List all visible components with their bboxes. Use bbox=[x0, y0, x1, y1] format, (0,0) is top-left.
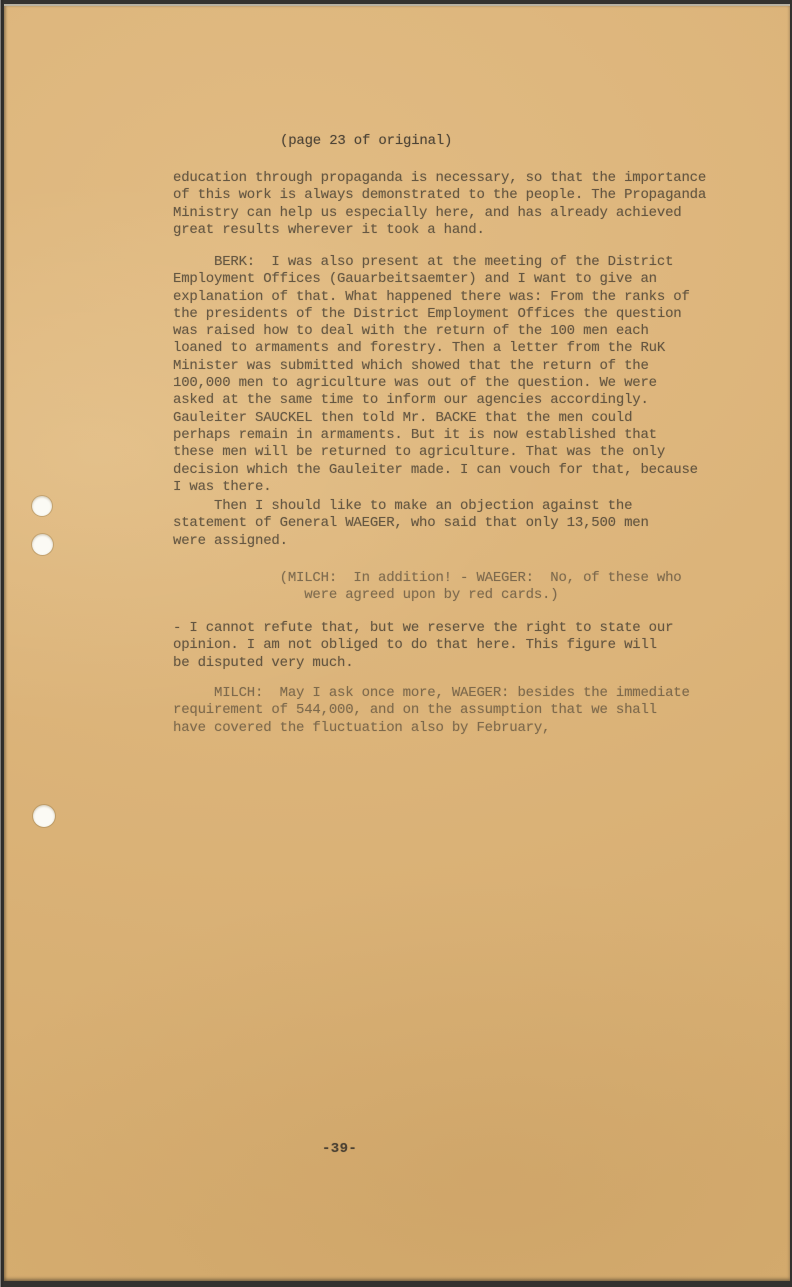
paragraph-berk-statement: BERK: I was also present at the meeting … bbox=[173, 254, 698, 496]
paragraph-objection: Then I should like to make an objection … bbox=[173, 498, 649, 550]
scanned-document-page: (page 23 of original) education through … bbox=[0, 0, 792, 1287]
interjection-parenthetical: (MILCH: In addition! - WAEGER: No, of th… bbox=[173, 570, 682, 605]
page-reference-header: (page 23 of original) bbox=[280, 133, 452, 150]
paragraph-reply: - I cannot refute that, but we reserve t… bbox=[173, 620, 673, 672]
hole-punch-upper-1 bbox=[32, 496, 52, 516]
hole-punch-upper-2 bbox=[32, 534, 53, 555]
page-number: -39- bbox=[322, 1141, 357, 1158]
paragraph-propaganda-intro: education through propaganda is necessar… bbox=[173, 170, 706, 239]
paragraph-milch-question: MILCH: May I ask once more, WAEGER: besi… bbox=[173, 685, 690, 737]
hole-punch-lower bbox=[33, 805, 55, 827]
